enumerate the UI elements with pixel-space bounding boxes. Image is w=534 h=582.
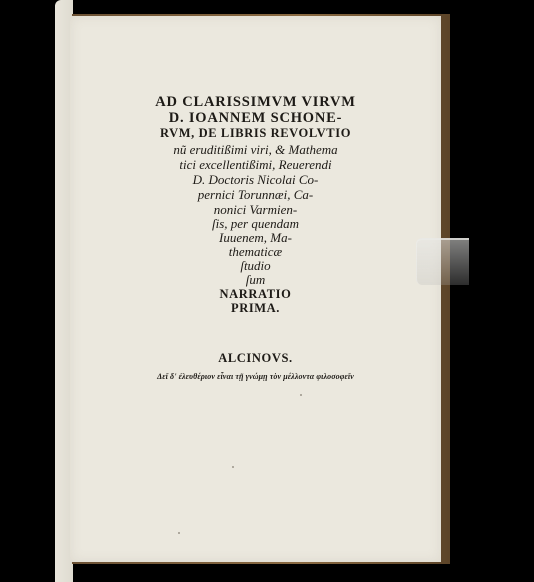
title-line: thematicæ — [70, 245, 441, 258]
title-line: ſum — [70, 273, 441, 286]
paper-speck — [232, 466, 234, 468]
title-line: AD CLARISSIMVM VIRVM — [70, 95, 441, 110]
paper-speck — [178, 532, 180, 534]
title-line: ſis, per quendam — [70, 217, 441, 230]
title-line: nonici Varmien- — [70, 203, 441, 216]
epigraph-greek: Δεῖ δ' ἐλευθέριον εἶναι τῇ γνώμῃ τὸν μέλ… — [70, 373, 441, 381]
subtitle-line: PRIMA. — [70, 302, 441, 315]
title-line: Iuuenem, Ma- — [70, 231, 441, 244]
epigraph-author: ALCINOVS. — [70, 352, 441, 365]
title-line: nũ eruditißimi viri, & Mathema — [70, 143, 441, 156]
title-page: AD CLARISSIMVM VIRVM D. IOANNEM SCHONE- … — [70, 16, 441, 562]
page-clip — [416, 238, 469, 285]
paper-speck — [300, 394, 302, 396]
subtitle-line: NARRATIO — [70, 288, 441, 301]
title-line: D. IOANNEM SCHONE- — [70, 111, 441, 126]
title-line: ſtudio — [70, 259, 441, 272]
title-line: D. Doctoris Nicolai Co- — [70, 173, 441, 186]
title-line: pernici Torunnæi, Ca- — [70, 188, 441, 201]
title-line: RVM, DE LIBRIS REVOLVTIO — [70, 127, 441, 140]
title-line: tici excellentißimi, Reuerendi — [70, 158, 441, 171]
